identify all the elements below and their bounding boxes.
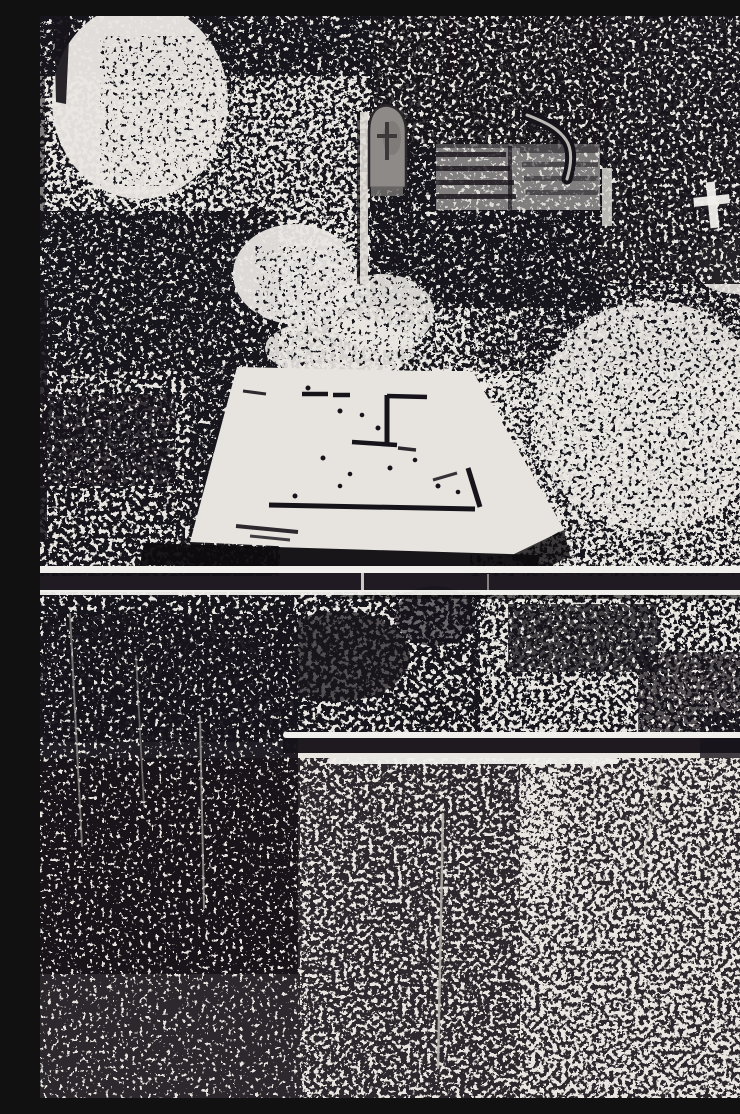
dark-stem <box>393 214 396 276</box>
railing2-highlight-top <box>283 732 740 738</box>
railing-highlight-top <box>40 566 740 573</box>
grave-photograph: Overgrown churchyard grave: a flat ledge… <box>40 16 740 1098</box>
pale-stem <box>360 112 368 284</box>
stem-shadow-edge <box>357 112 360 284</box>
railing2-highlight-bottom <box>327 758 619 764</box>
railing-highlight-bottom <box>40 590 740 595</box>
railing2-bar <box>283 738 740 753</box>
railing-bar <box>40 573 740 590</box>
headstone-base <box>371 186 403 196</box>
front-railing <box>40 566 740 599</box>
photo-canvas <box>40 16 740 1098</box>
pale-post <box>602 168 612 226</box>
